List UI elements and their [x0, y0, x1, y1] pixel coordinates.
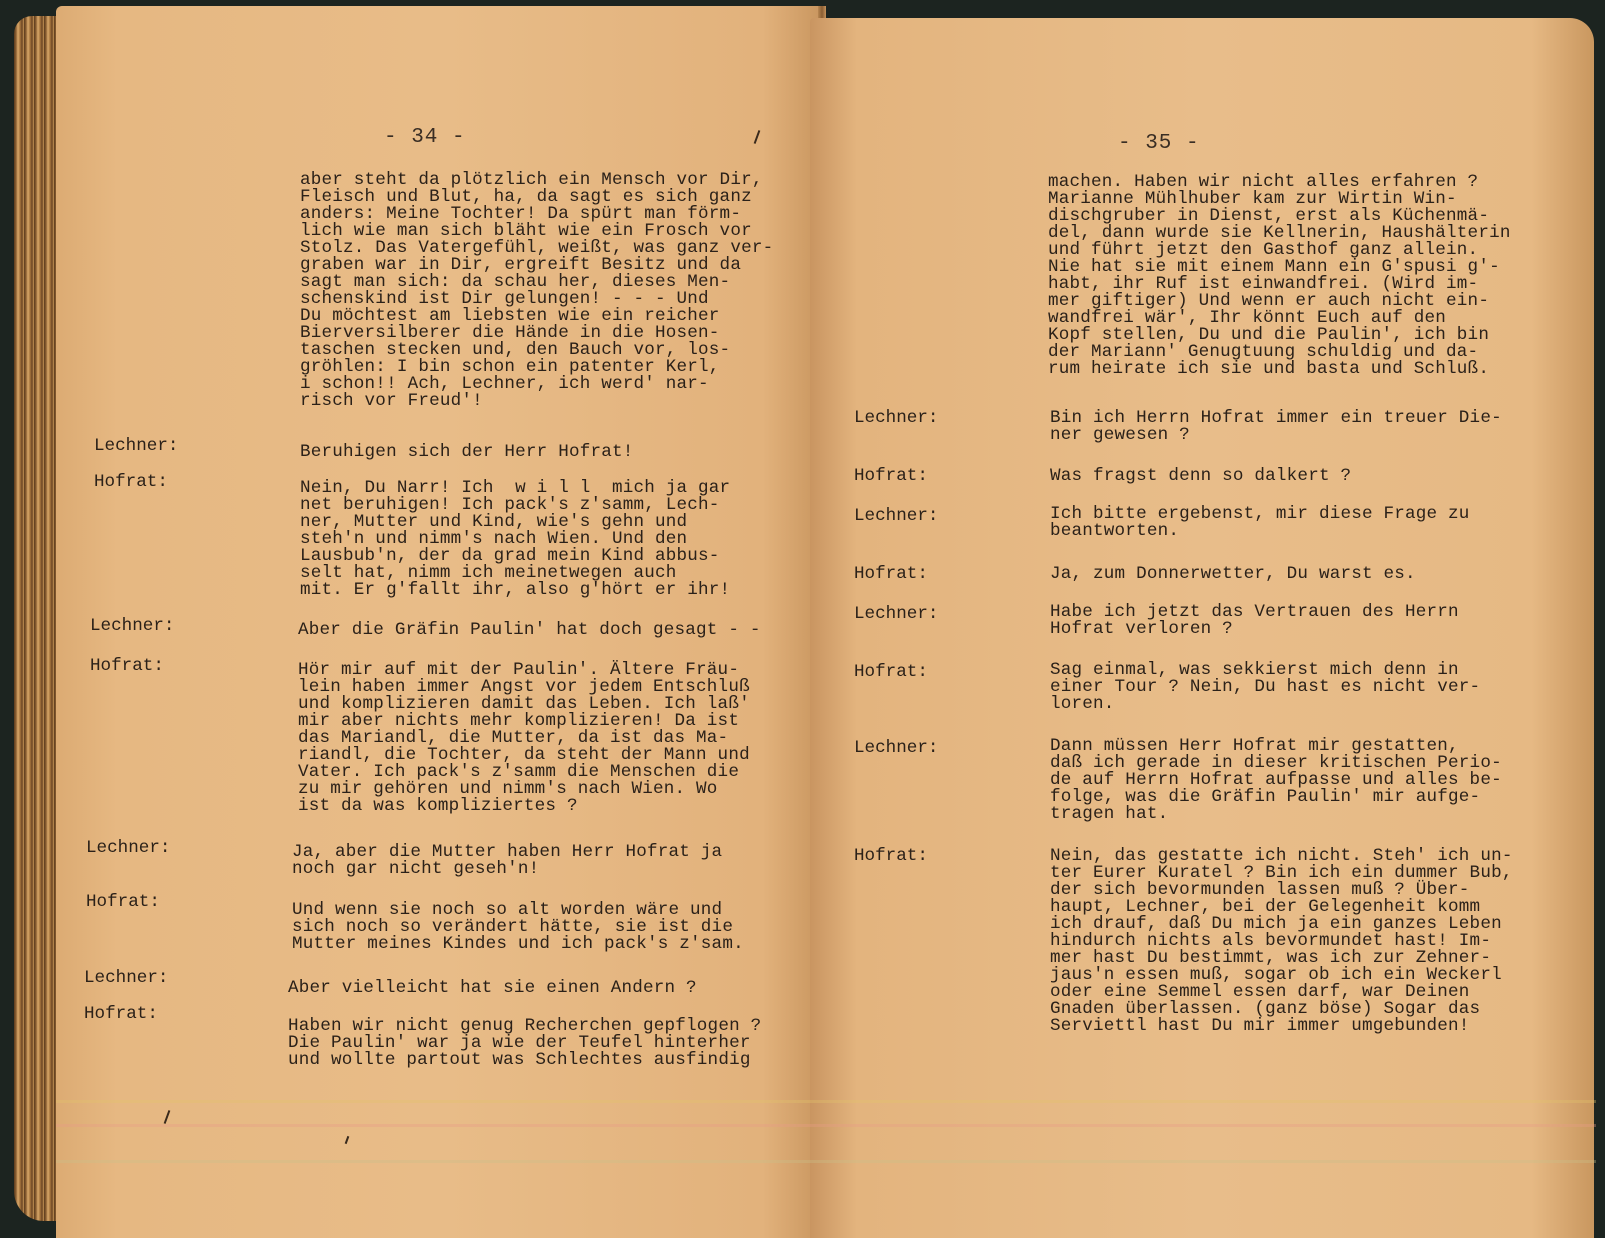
page-edges: [14, 16, 62, 1221]
speaker-label: Lechner:: [90, 618, 174, 635]
speech-text: Ich bitte ergebenst, mir diese Frage zu …: [1050, 506, 1470, 540]
speaker-label: Hofrat:: [854, 664, 928, 681]
speaker-label: Lechner:: [86, 840, 170, 857]
speech-text: Aber die Gräfin Paulin' hat doch gesagt …: [298, 622, 761, 639]
speaker-label: Lechner:: [854, 606, 938, 623]
speaker-label: Hofrat:: [86, 894, 160, 911]
speaker-label: Hofrat:: [854, 848, 928, 865]
speech-text: Bin ich Herrn Hofrat immer ein treuer Di…: [1050, 410, 1502, 444]
speech-continuation: aber steht da plötzlich ein Mensch vor D…: [300, 172, 773, 410]
speech-text: Ja, aber die Mutter haben Herr Hofrat ja…: [292, 844, 722, 878]
speech-text: Hör mir auf mit der Paulin'. Ältere Fräu…: [298, 662, 750, 815]
speech-text: Was fragst denn so dalkert ?: [1050, 468, 1351, 485]
ink-mark: [345, 1136, 350, 1144]
page-number-right: - 35 -: [1118, 132, 1200, 155]
scan-artifact: [56, 1100, 1596, 1103]
speech-text: Ja, zum Donnerwetter, Du warst es.: [1050, 566, 1416, 583]
speech-text: Nein, das gestatte ich nicht. Steh' ich …: [1050, 848, 1513, 1035]
speaker-label: Hofrat:: [854, 566, 928, 583]
speaker-label: Lechner:: [84, 970, 168, 987]
speech-text: Und wenn sie noch so alt worden wäre und…: [292, 902, 744, 953]
ink-mark: [754, 130, 761, 144]
speech-text: Beruhigen sich der Herr Hofrat!: [300, 444, 634, 461]
speaker-label: Hofrat:: [94, 474, 168, 491]
speech-text: Habe ich jetzt das Vertrauen des Herrn H…: [1050, 604, 1459, 638]
speech-text: Haben wir nicht genug Recherchen gepflog…: [288, 1018, 761, 1069]
speaker-label: Hofrat:: [854, 468, 928, 485]
speech-text: Nein, Du Narr! Ich w i l l mich ja gar n…: [300, 480, 730, 599]
ink-mark: [164, 1110, 171, 1124]
speaker-label: Lechner:: [94, 438, 178, 455]
page-number-left: - 34 -: [384, 126, 466, 149]
speaker-label: Lechner:: [854, 410, 938, 427]
scan-artifact: [56, 1124, 1596, 1127]
speaker-label: Hofrat:: [84, 1006, 158, 1023]
scan-artifact: [56, 1160, 1596, 1163]
speech-continuation: machen. Haben wir nicht alles erfahren ?…: [1048, 174, 1511, 378]
speaker-label: Lechner:: [854, 740, 938, 757]
speech-text: Aber vielleicht hat sie einen Andern ?: [288, 980, 697, 997]
speech-text: Dann müssen Herr Hofrat mir gestatten, d…: [1050, 738, 1502, 823]
open-book: - 34 - aber steht da plötzlich ein Mensc…: [14, 6, 1604, 1238]
left-page: - 34 - aber steht da plötzlich ein Mensc…: [56, 6, 824, 1238]
speaker-label: Lechner:: [854, 508, 938, 525]
speech-text: Sag einmal, was sekkierst mich denn in e…: [1050, 662, 1480, 713]
right-page: - 35 - machen. Haben wir nicht alles erf…: [810, 18, 1594, 1238]
speaker-label: Hofrat:: [90, 658, 164, 675]
